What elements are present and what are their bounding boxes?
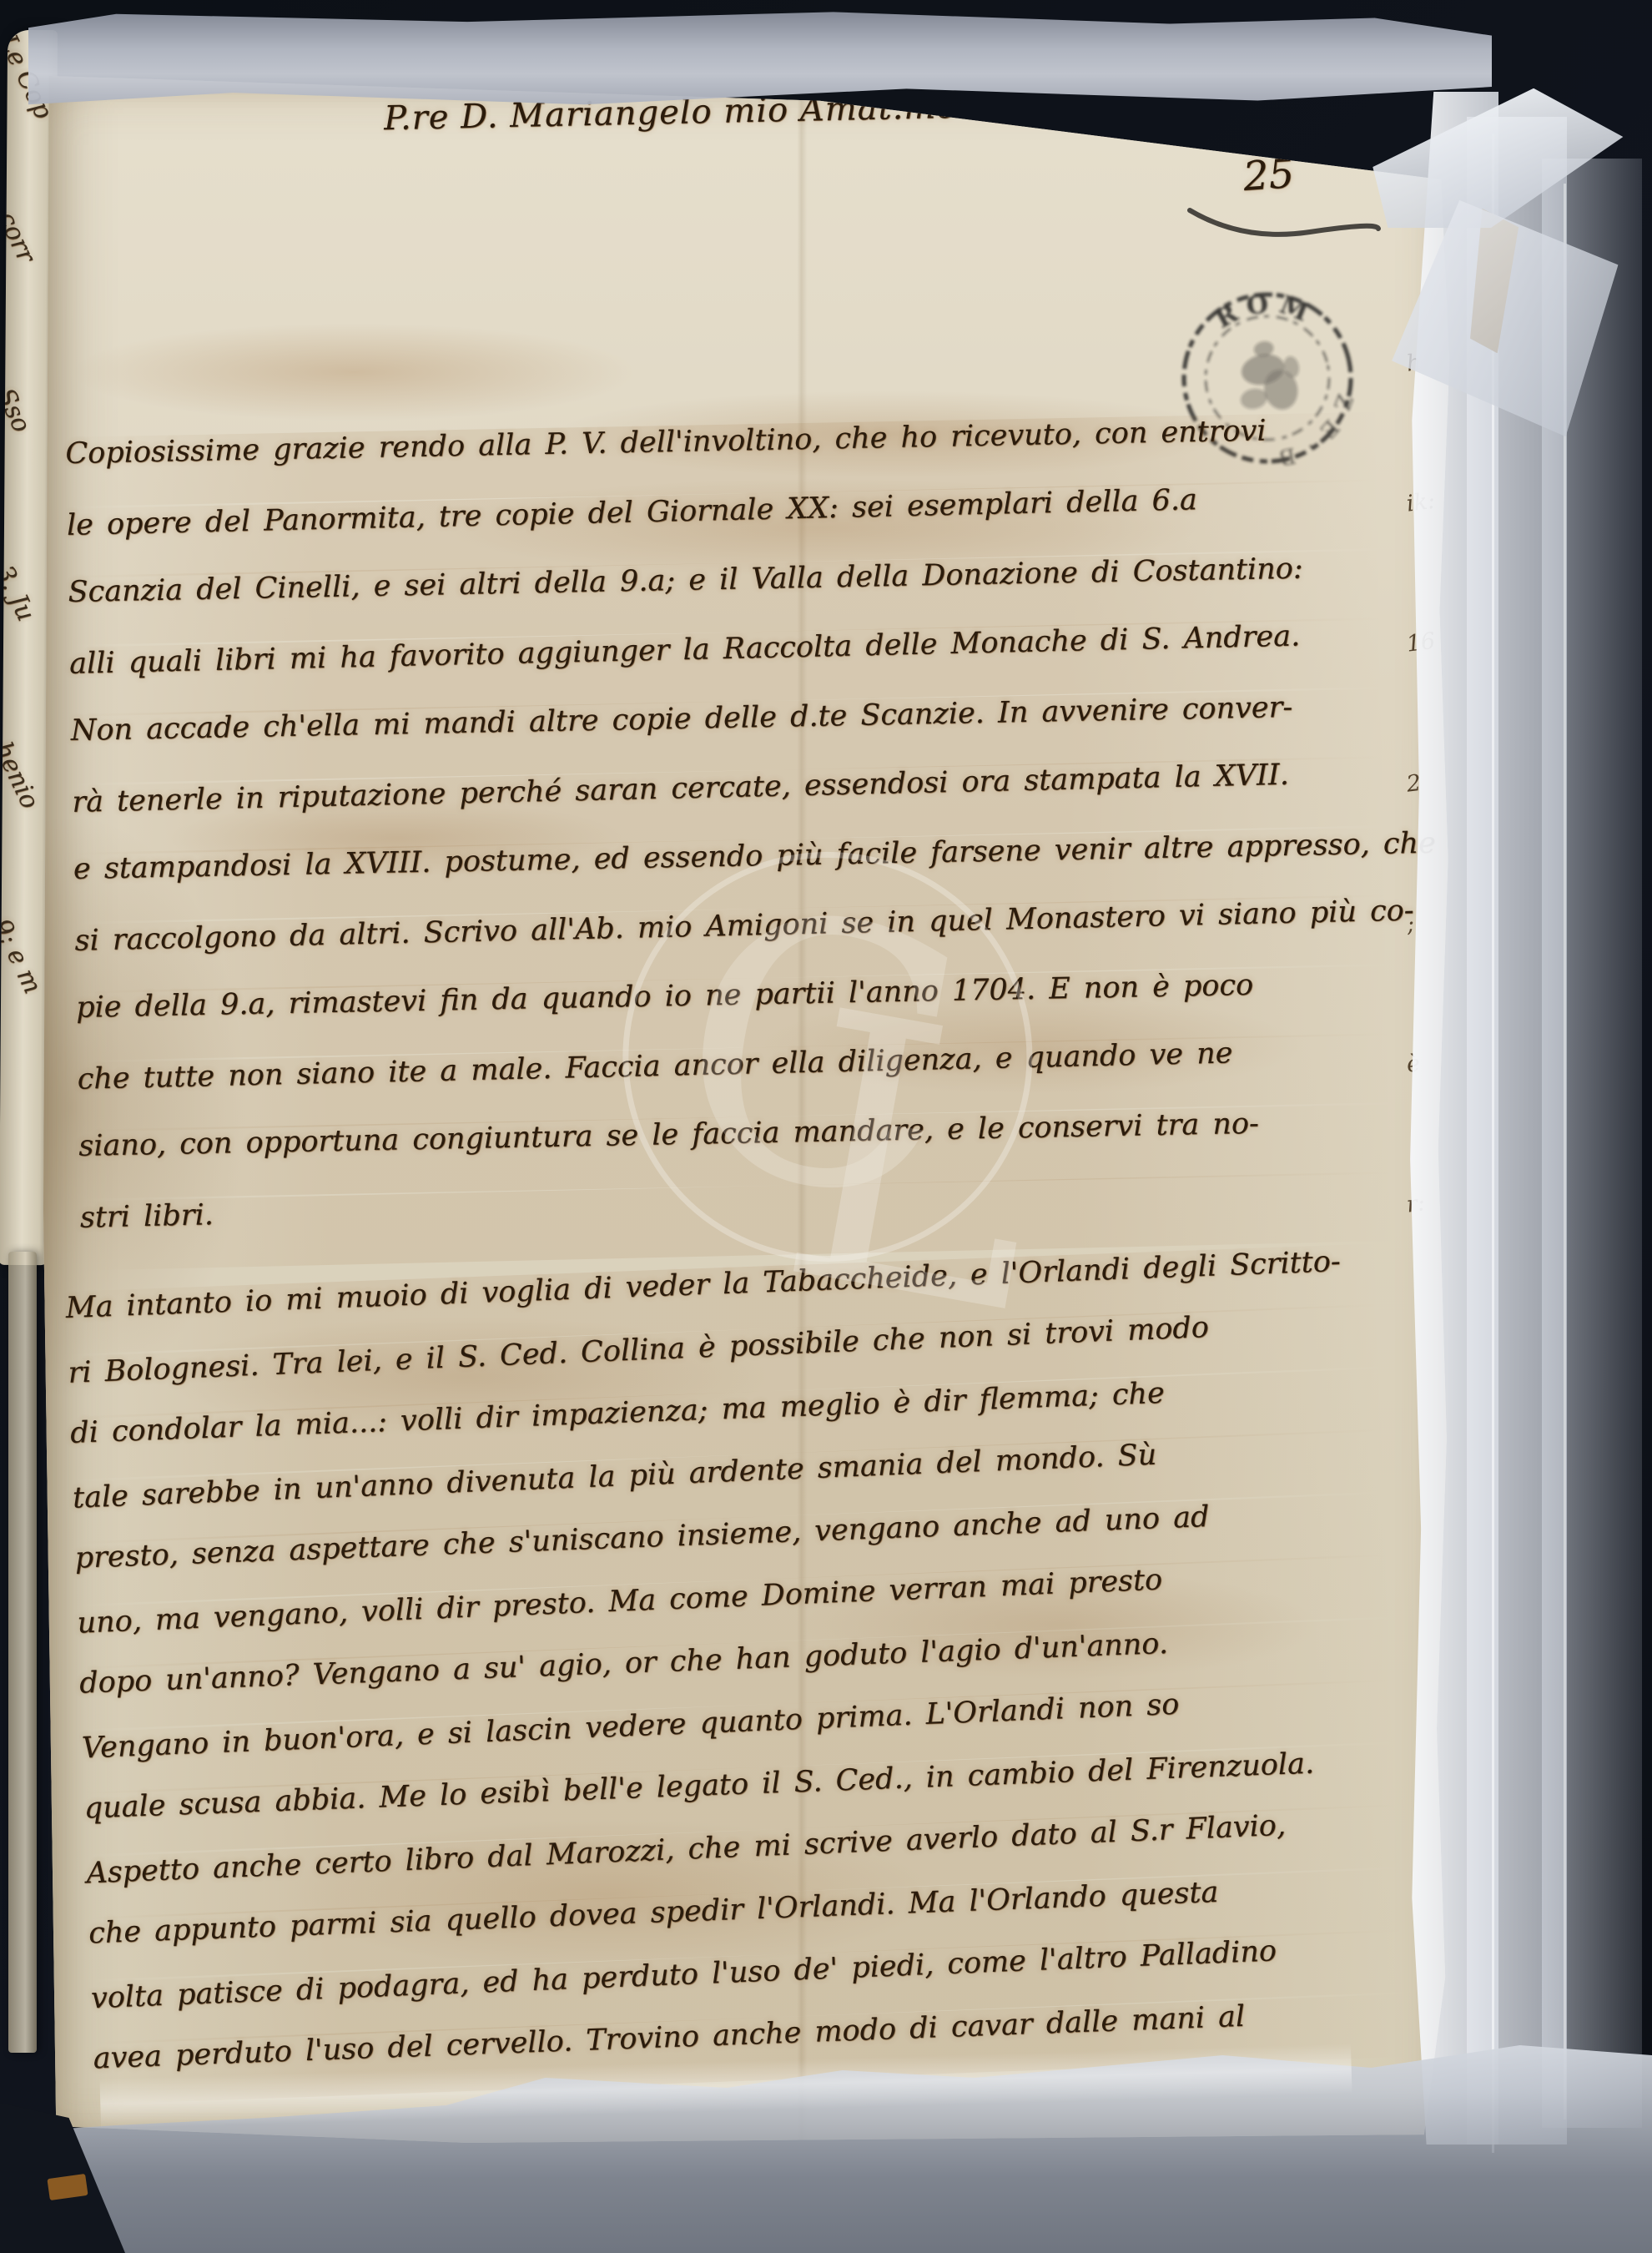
left-page-text-fragment: corr <box>0 207 35 318</box>
photographic-background: Le CopcorrSso3. Juhenio9; e m P.re D. Ma… <box>0 0 1652 2253</box>
stamp-center-smudge <box>1230 335 1307 418</box>
tissue-edge-highlight <box>1564 184 1566 2119</box>
tissue-edge-highlight <box>1492 134 1494 2153</box>
tissue-stack-right <box>1408 0 1652 2253</box>
folio-number: 25 <box>1242 150 1296 200</box>
facing-page-edge-lower <box>8 1252 37 2053</box>
folio-underline-flourish <box>1185 195 1385 245</box>
left-page-text-fragment: 3. Ju <box>0 561 33 672</box>
left-page-text-fragment: Sso <box>0 384 33 495</box>
left-page-text-fragment: henio <box>0 738 31 849</box>
body-paragraph-1: Copiosissime grazie rendo alla P. V. del… <box>65 411 1466 1268</box>
manuscript-page: P.re D. Mariangelo mio Amat.mo 25 ROM ZE… <box>43 72 1455 2143</box>
left-page-text-fragment: 9; e m <box>0 915 30 1026</box>
stamp-text: ROM <box>1209 277 1325 350</box>
body-paragraph-2: Ma intanto io mi muoio di voglia di vede… <box>65 1241 1479 2104</box>
